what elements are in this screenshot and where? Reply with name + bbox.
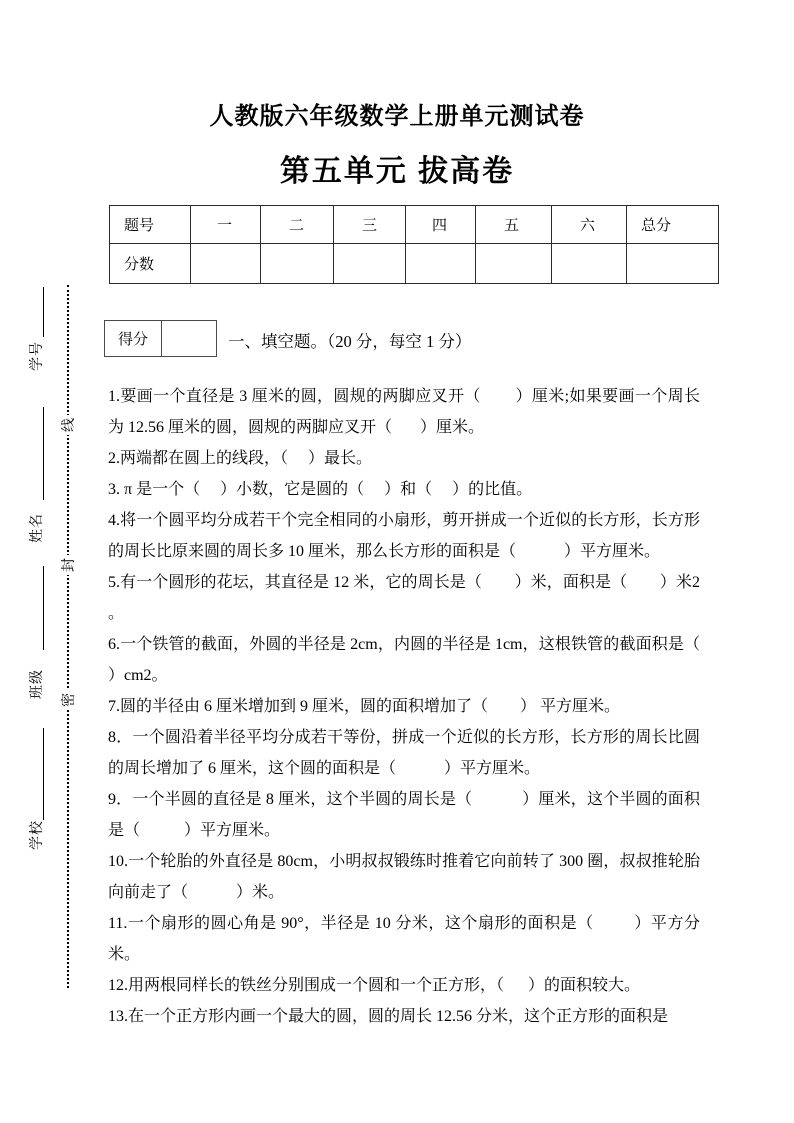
question-item: 13.在一个正方形内画一个最大的圆，圆的周长 12.56 分米，这个正方形的面积… — [108, 1001, 700, 1032]
score-blank-cell — [334, 244, 406, 284]
question-item: 10.一个轮胎的外直径是 80cm，小明叔叔锻练时推着它向前转了 300 圈，叔… — [108, 846, 700, 908]
question-item: 8．一个圆沿着半径平均分成若干等份，拼成一个近似的长方形，长方形的周长比圆的周长… — [108, 722, 700, 784]
question-item: 7.圆的半径由 6 厘米增加到 9 厘米，圆的面积增加了（ ） 平方厘米。 — [108, 691, 700, 722]
seal-char-mi: 密 — [58, 690, 78, 710]
score-blank-cell — [627, 244, 719, 284]
score-table-header-cell: 四 — [406, 206, 476, 244]
question-list: 1.要画一个直径是 3 厘米的圆，圆规的两脚应叉开（ ）厘米;如果要画一个周长为… — [108, 381, 700, 1032]
class-label: 班级 — [21, 669, 51, 699]
name-label: 姓名 — [21, 513, 51, 543]
seal-char-xian: 线 — [58, 415, 78, 435]
question-item: 5.有一个圆形的花坛，其直径是 12 米，它的周长是（ ）米，面积是（ ）米2 … — [108, 567, 700, 629]
doc-title: 人教版六年级数学上册单元测试卷 — [0, 96, 794, 131]
question-item: 2.两端都在圆上的线段，（ ）最长。 — [108, 443, 700, 474]
student-id-fill-line — [43, 287, 44, 337]
seal-dotted-line — [67, 285, 69, 988]
class-fill-line — [43, 566, 44, 650]
score-blank-cell — [552, 244, 627, 284]
score-blank-cell — [191, 244, 261, 284]
score-box-blank — [162, 321, 216, 356]
score-table-header-row: 题号 一 二 三 四 五 六 总分 — [110, 206, 719, 244]
score-table-score-row: 分数 — [110, 244, 719, 284]
question-item: 12.用两根同样长的铁丝分别围成一个圆和一个正方形，（ ）的面积较大。 — [108, 970, 700, 1001]
question-item: 1.要画一个直径是 3 厘米的圆，圆规的两脚应叉开（ ）厘米;如果要画一个周长为… — [108, 381, 700, 443]
question-item: 6.一个铁管的截面，外圆的半径是 2cm，内圆的半径是 1cm，这根铁管的截面积… — [108, 629, 700, 691]
doc-subtitle: 第五单元 拔高卷 — [0, 146, 794, 190]
score-table-header-cell: 五 — [476, 206, 552, 244]
question-item: 4.将一个圆平均分成若干个完全相同的小扇形，剪开拼成一个近似的长方形，长方形的周… — [108, 505, 700, 567]
name-fill-line — [43, 407, 44, 500]
section-heading: 一、填空题。（20 分，每空 1 分） — [228, 328, 471, 352]
section-score-box: 得分 — [104, 320, 217, 357]
seal-char-feng: 封 — [58, 555, 78, 575]
score-blank-cell — [406, 244, 476, 284]
score-summary-table: 题号 一 二 三 四 五 六 总分 分数 — [109, 205, 719, 284]
student-id-label: 学号 — [21, 341, 51, 371]
question-item: 3. π 是一个（ ）小数，它是圆的（ ）和（ ）的比值。 — [108, 474, 700, 505]
score-row-label: 分数 — [110, 244, 191, 284]
score-blank-cell — [261, 244, 334, 284]
question-item: 11.一个扇形的圆心角是 90°，半径是 10 分米，这个扇形的面积是（ ）平方… — [108, 908, 700, 970]
score-table-header-cell: 总分 — [627, 206, 719, 244]
score-table-header-cell: 一 — [191, 206, 261, 244]
score-table-header-cell: 三 — [334, 206, 406, 244]
score-blank-cell — [476, 244, 552, 284]
score-table-header-cell: 六 — [552, 206, 627, 244]
school-fill-line — [43, 728, 44, 820]
score-table-header-cell: 二 — [261, 206, 334, 244]
score-box-label: 得分 — [105, 321, 162, 356]
question-item: 9．一个半圆的直径是 8 厘米，这个半圆的周长是（ ）厘米，这个半圆的面积是（ … — [108, 784, 700, 846]
school-label: 学校 — [21, 820, 51, 850]
score-table-header-cell: 题号 — [110, 206, 191, 244]
